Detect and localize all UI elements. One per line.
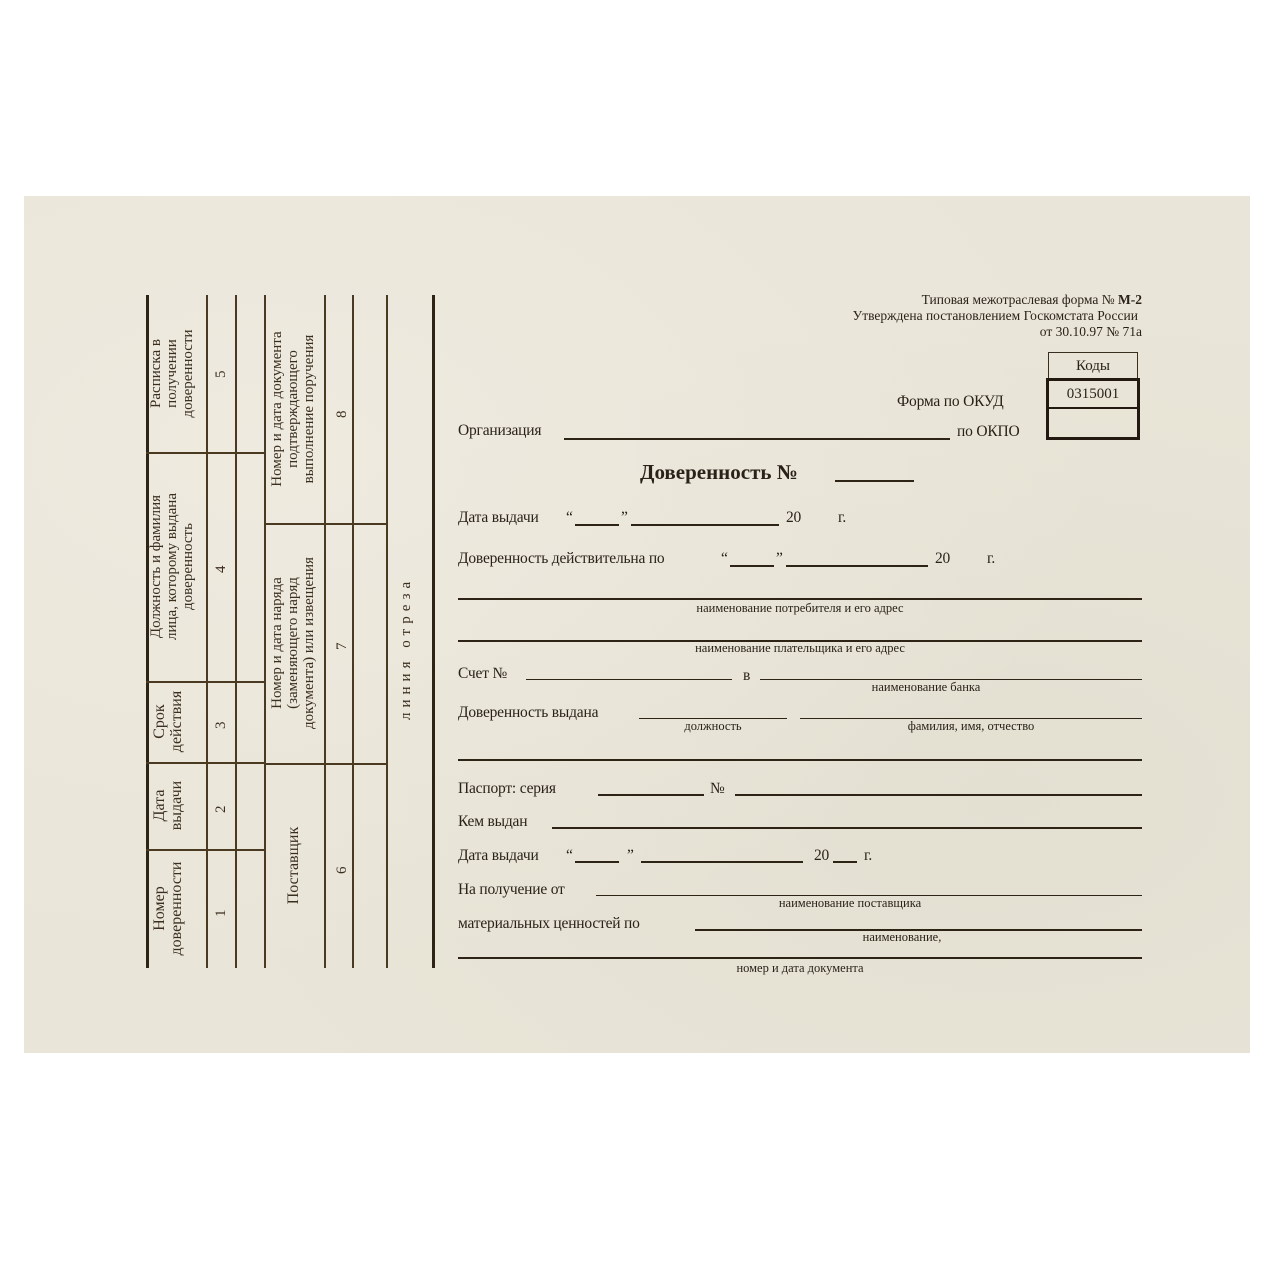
passport-date-label: Дата выдачи: [458, 847, 539, 865]
issued-to-extra-field[interactable]: [458, 759, 1142, 761]
stub-col-5-header: Расписка в получении доверенности: [149, 295, 196, 452]
approved-line: Утверждена постановлением Госкомстата Ро…: [853, 308, 1138, 323]
issue-date-label: Дата выдачи: [458, 509, 539, 527]
supplier-caption: наименование поставщика: [640, 896, 1060, 911]
valid-until-label: Доверенность действительна по: [458, 550, 664, 568]
position-caption: должность: [639, 719, 787, 734]
valid-year-prefix: 20: [935, 550, 950, 568]
stub-col-1-header: Номер доверенности: [152, 849, 186, 968]
okud-code[interactable]: 0315001: [1049, 381, 1137, 409]
passport-number-label: №: [710, 780, 725, 798]
stub-col-8-header: Номер и дата документа подтверждающего в…: [270, 295, 317, 523]
issue-month-field[interactable]: [631, 524, 779, 526]
bank-caption: наименование банка: [760, 680, 1092, 695]
okud-label: Форма по ОКУД: [897, 393, 1004, 411]
approved-date: от 30.10.97 № 71а: [1040, 324, 1142, 339]
valid-day-field[interactable]: [730, 565, 774, 567]
payer-caption: наименование плательщика и его адрес: [458, 641, 1142, 656]
stub-divider: [264, 295, 266, 968]
consumer-caption: наименование потребителя и его адрес: [458, 601, 1142, 616]
stub-col-4-number: 4: [213, 566, 230, 574]
quote-close: ”: [776, 550, 783, 568]
passport-year-suffix: г.: [864, 847, 872, 865]
stub-divider: [386, 295, 388, 968]
stub-divider: [235, 295, 237, 968]
codes-box: Коды 0315001: [1048, 352, 1138, 440]
valid-year-suffix: г.: [987, 550, 995, 568]
stub-col-2-header: Дата выдачи: [152, 762, 186, 849]
okpo-label: по ОКПО: [957, 423, 1019, 441]
issue-year-suffix: г.: [838, 509, 846, 527]
stub-col-6-header: Поставщик: [286, 763, 303, 968]
materials-label: материальных ценностей по: [458, 915, 640, 933]
stub-col-7-header: Номер и дата наряда (заменяющего наряд д…: [270, 523, 317, 763]
cut-line-label: линия отреза: [398, 577, 415, 720]
passport-series-field[interactable]: [598, 794, 704, 796]
codes-header: Коды: [1048, 352, 1138, 379]
stub-col-2-number: 2: [213, 806, 230, 814]
document-title: Доверенность №: [640, 460, 798, 485]
quote-close: ”: [621, 509, 628, 527]
passport-series-label: Паспорт: серия: [458, 780, 556, 798]
passport-year-field[interactable]: [833, 861, 857, 863]
fio-caption: фамилия, имя, отчество: [800, 719, 1142, 734]
form-type-line: Типовая межотраслевая форма № М-2: [922, 292, 1142, 307]
issue-day-field[interactable]: [575, 524, 619, 526]
stub-col-3-header: Срок действия: [152, 681, 186, 762]
consumer-field[interactable]: [458, 598, 1142, 600]
account-field[interactable]: [526, 679, 732, 680]
stub-col-7-number: 7: [334, 643, 351, 651]
receive-from-label: На получение от: [458, 881, 565, 899]
quote-open: “: [566, 509, 573, 527]
document-number-field[interactable]: [835, 480, 914, 482]
organization-field[interactable]: [564, 438, 950, 440]
cut-line: [432, 295, 435, 968]
organization-label: Организация: [458, 422, 541, 440]
valid-month-field[interactable]: [786, 565, 928, 567]
stub-divider: [324, 295, 326, 968]
passport-month-field[interactable]: [641, 861, 803, 863]
issued-by-field[interactable]: [552, 827, 1142, 829]
issued-by-label: Кем выдан: [458, 813, 527, 831]
doc-caption: номер и дата документа: [458, 961, 1142, 976]
account-label: Счет №: [458, 665, 507, 683]
document-ref-field[interactable]: [458, 957, 1142, 959]
name-caption: наименование,: [752, 930, 1052, 945]
passport-day-field[interactable]: [575, 861, 619, 863]
stub-col-6-number: 6: [334, 867, 351, 875]
stub-divider: [352, 295, 354, 968]
stub-col-8-number: 8: [334, 411, 351, 419]
stub-row-divider: [264, 763, 387, 765]
passport-number-field[interactable]: [735, 794, 1142, 796]
quote-close: ”: [627, 847, 634, 865]
stub-col-1-number: 1: [213, 910, 230, 918]
bank-in-label: в: [743, 667, 750, 685]
quote-open: “: [721, 550, 728, 568]
passport-year-prefix: 20: [814, 847, 829, 865]
stub-col-4-header: Должность и фамилия лица, которому выдан…: [149, 452, 196, 681]
issued-to-label: Доверенность выдана: [458, 704, 598, 722]
stub-divider: [206, 295, 208, 968]
quote-open: “: [566, 847, 573, 865]
okpo-code-field[interactable]: [1049, 409, 1137, 435]
issue-year-prefix: 20: [786, 509, 801, 527]
stub-col-5-number: 5: [213, 371, 230, 379]
stub-col-3-number: 3: [213, 722, 230, 730]
